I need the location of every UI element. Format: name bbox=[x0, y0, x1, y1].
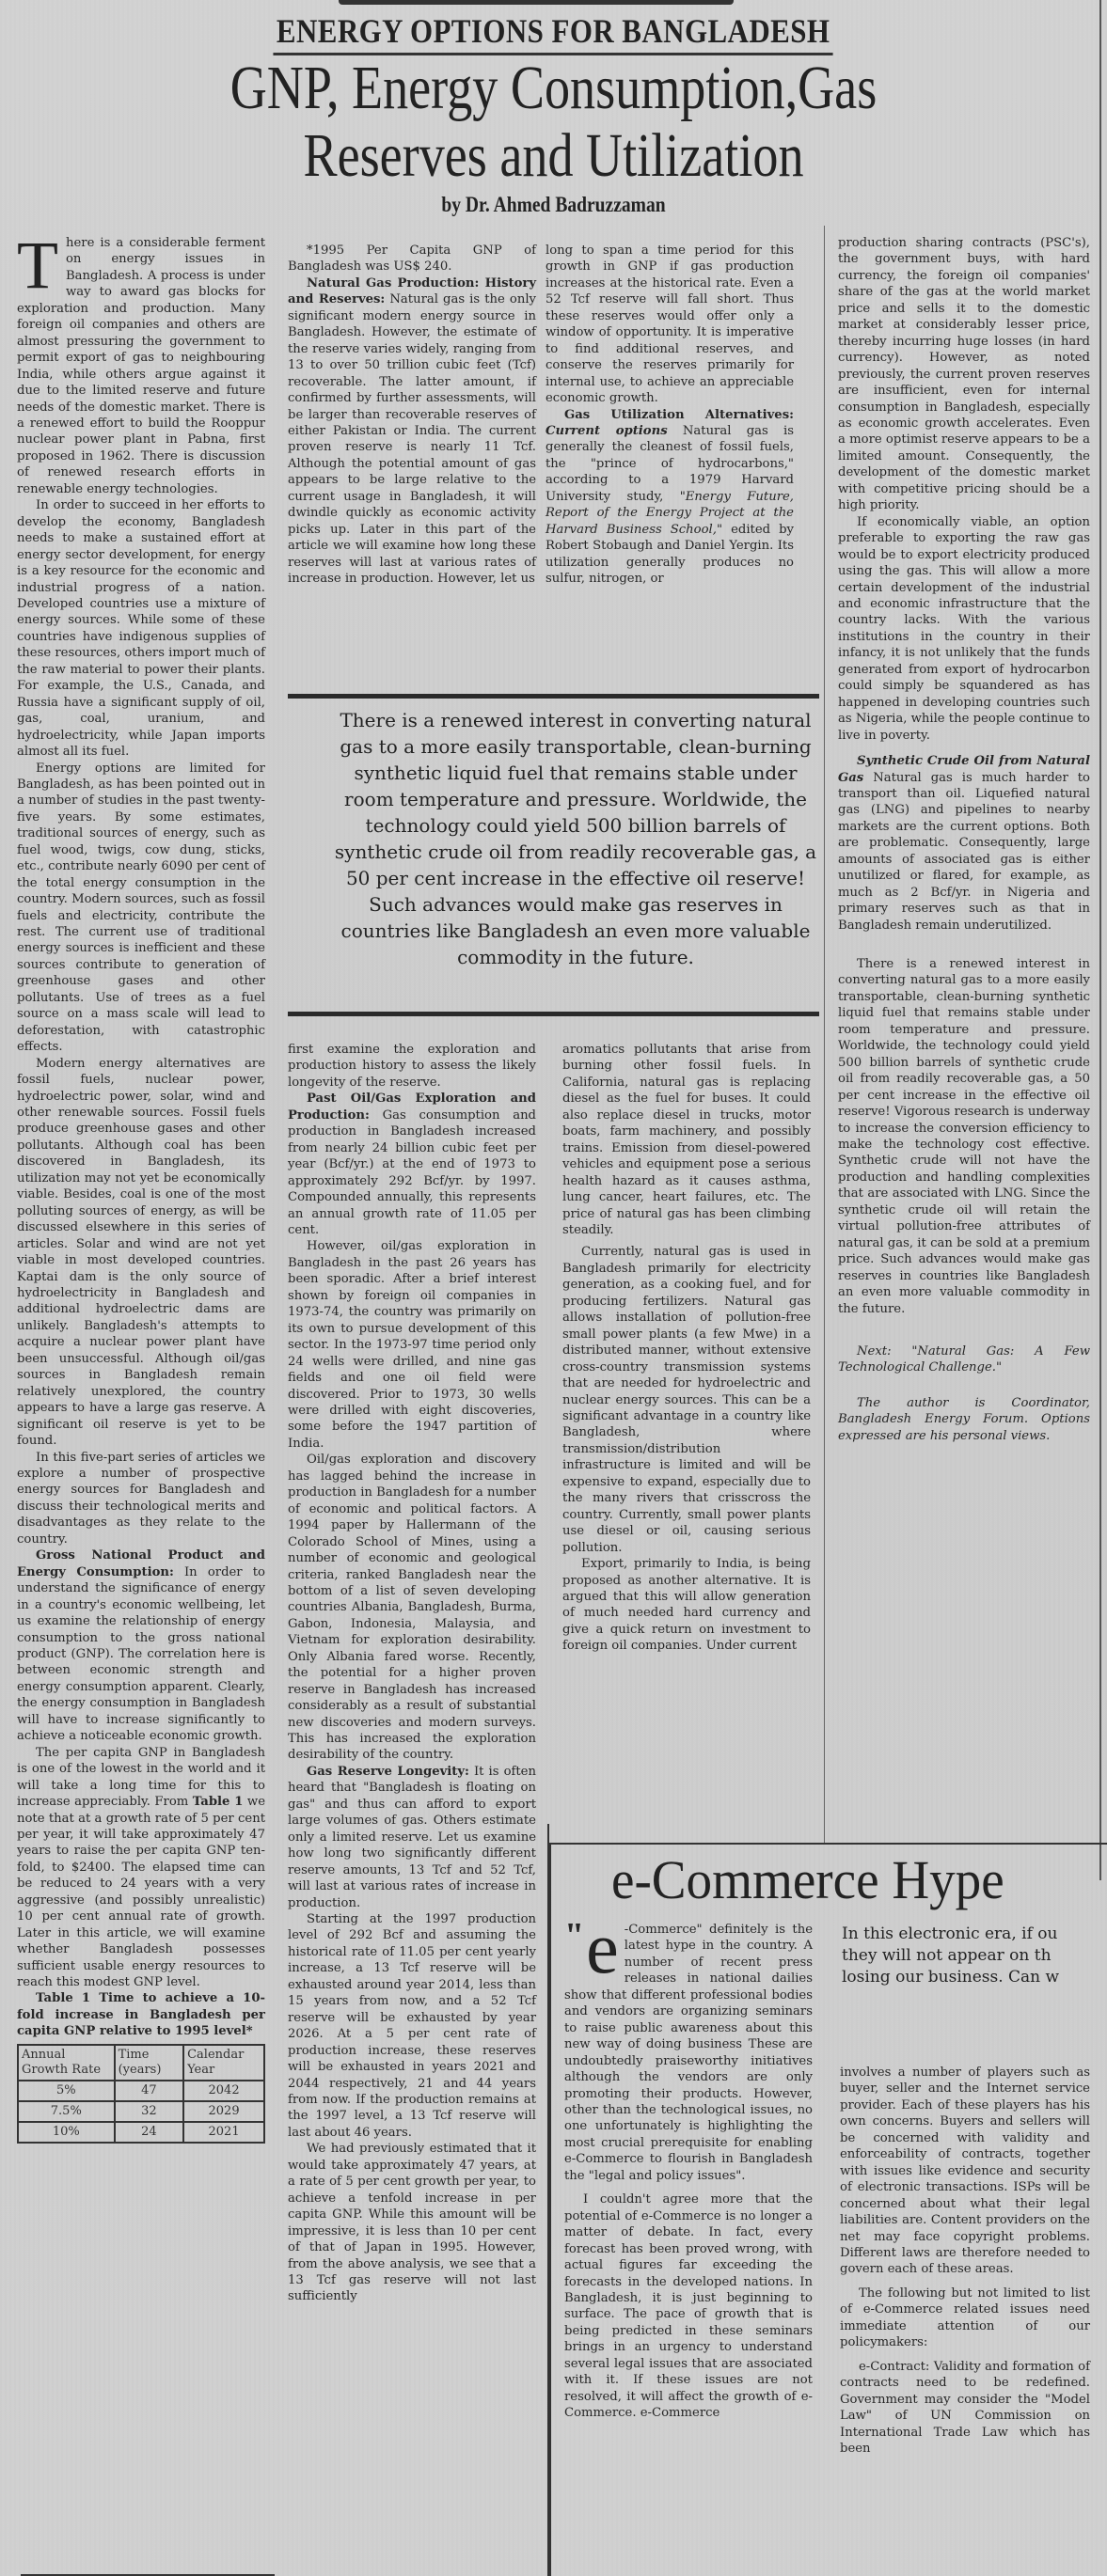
pullquote-top-rule bbox=[288, 694, 819, 699]
paragraph: We had previously estimated that it woul… bbox=[288, 2141, 536, 2305]
table-header: Time (years) bbox=[115, 2045, 184, 2081]
article-headline: GNP, Energy Consumption,Gas Reserves and… bbox=[100, 55, 1007, 190]
paragraph: Synthetic Crude Oil from Natural Gas Nat… bbox=[838, 753, 1090, 934]
paragraph: Starting at the 1997 production level of… bbox=[288, 1911, 536, 2141]
subheading: Gas Utilization Alternatives: bbox=[564, 408, 794, 422]
paragraph: There is a renewed interest in convertin… bbox=[838, 956, 1090, 1317]
ecommerce-left-rule bbox=[549, 1843, 551, 2576]
table-header: Annual Growth Rate bbox=[18, 2045, 115, 2081]
table-caption: Table 1 Time to achieve a 10-fold increa… bbox=[17, 1990, 265, 2039]
column-3-top: long to span a time period for this grow… bbox=[546, 243, 794, 588]
paragraph: Energy options are limited for Banglades… bbox=[17, 761, 265, 1056]
byline: by Dr. Ahmed Badruzzaman bbox=[83, 193, 1023, 217]
paragraph: Gross National Product and Energy Consum… bbox=[17, 1547, 265, 1744]
paragraph: If economically viable, an option prefer… bbox=[838, 514, 1090, 744]
table-header: Calendar Year bbox=[183, 2045, 264, 2081]
paragraph: The per capita GNP in Bangladesh is one … bbox=[17, 1745, 265, 1991]
paragraph: aromatics pollutants that arise from bur… bbox=[562, 1042, 811, 1238]
paragraph: Oil/gas exploration and discovery has la… bbox=[288, 1452, 536, 1764]
pullquote-bottom-rule bbox=[288, 1012, 819, 1016]
column-4: production sharing contracts (PSC's), th… bbox=[838, 235, 1090, 1444]
subheading: Gas Reserve Longevity: bbox=[307, 1765, 469, 1779]
paragraph: Export, primarily to India, is being pro… bbox=[562, 1556, 811, 1655]
ecommerce-column-2: involves a number of players such as buy… bbox=[840, 2065, 1090, 2457]
next-article-note: Next: "Natural Gas: A Few Technological … bbox=[838, 1343, 1090, 1376]
paragraph: Currently, natural gas is used in Bangla… bbox=[562, 1244, 811, 1556]
newspaper-page: ENERGY OPTIONS FOR BANGLADESH GNP, Energ… bbox=[0, 0, 1107, 2576]
column-3-bottom: aromatics pollutants that arise from bur… bbox=[562, 1042, 811, 1655]
drop-cap: T bbox=[17, 237, 58, 293]
paragraph: However, oil/gas exploration in Banglade… bbox=[288, 1238, 536, 1452]
table-row: 5% 47 2042 bbox=[18, 2081, 264, 2101]
table-row: 10% 24 2021 bbox=[18, 2122, 264, 2143]
open-quote-glyph: " bbox=[564, 1922, 584, 1950]
paragraph: long to span a time period for this grow… bbox=[546, 243, 794, 407]
ecommerce-standfirst: In this electronic era, if ou they will … bbox=[842, 1924, 1107, 1988]
paragraph: Past Oil/Gas Exploration and Production:… bbox=[288, 1091, 536, 1238]
gnp-growth-table: Annual Growth Rate Time (years) Calendar… bbox=[17, 2044, 265, 2144]
paragraph: In this five-part series of articles we … bbox=[17, 1450, 265, 1548]
paragraph: Gas Utilization Alternatives: Current op… bbox=[546, 407, 794, 588]
paragraph: e-Contract: Validity and formation of co… bbox=[840, 2359, 1090, 2458]
table-header-row: Annual Growth Rate Time (years) Calendar… bbox=[18, 2045, 264, 2081]
paragraph: The following but not limited to list of… bbox=[840, 2285, 1090, 2351]
column-2-top: *1995 Per Capita GNP of Bangladesh was U… bbox=[288, 243, 536, 588]
paragraph: Modern energy alternatives are fossil fu… bbox=[17, 1056, 265, 1450]
paragraph: I couldn't agree more that the potential… bbox=[564, 2191, 813, 2421]
page-edge-rule bbox=[1099, 0, 1101, 1880]
paragraph: involves a number of players such as buy… bbox=[840, 2065, 1090, 2278]
column-2-bottom: first examine the exploration and produc… bbox=[288, 1042, 536, 2305]
drop-cap: e bbox=[586, 1922, 619, 1974]
pull-quote: There is a renewed interest in convertin… bbox=[331, 707, 820, 970]
author-note: The author is Coordinator, Bangladesh En… bbox=[838, 1395, 1090, 1444]
column-divider bbox=[824, 226, 825, 1843]
top-edge-rule bbox=[339, 0, 734, 5]
footnote: *1995 Per Capita GNP of Bangladesh was U… bbox=[288, 243, 536, 275]
series-kicker: ENERGY OPTIONS FOR BANGLADESH bbox=[0, 11, 1107, 55]
ecommerce-headline: e-Commerce Hype bbox=[611, 1852, 1076, 1908]
paragraph: Natural Gas Production: History and Rese… bbox=[288, 275, 536, 588]
ecommerce-top-rule bbox=[549, 1843, 1107, 1845]
paragraph: Gas Reserve Longevity: It is often heard… bbox=[288, 1764, 536, 1911]
ecommerce-column-1: " e -Commerce" definitely is the latest … bbox=[564, 1922, 813, 2422]
column-1: T here is a considerable ferment on ener… bbox=[17, 235, 265, 2144]
table-row: 7.5% 32 2029 bbox=[18, 2101, 264, 2122]
paragraph: first examine the exploration and produc… bbox=[288, 1042, 536, 1091]
paragraph: production sharing contracts (PSC's), th… bbox=[838, 235, 1090, 514]
paragraph: In order to succeed in her efforts to de… bbox=[17, 497, 265, 760]
